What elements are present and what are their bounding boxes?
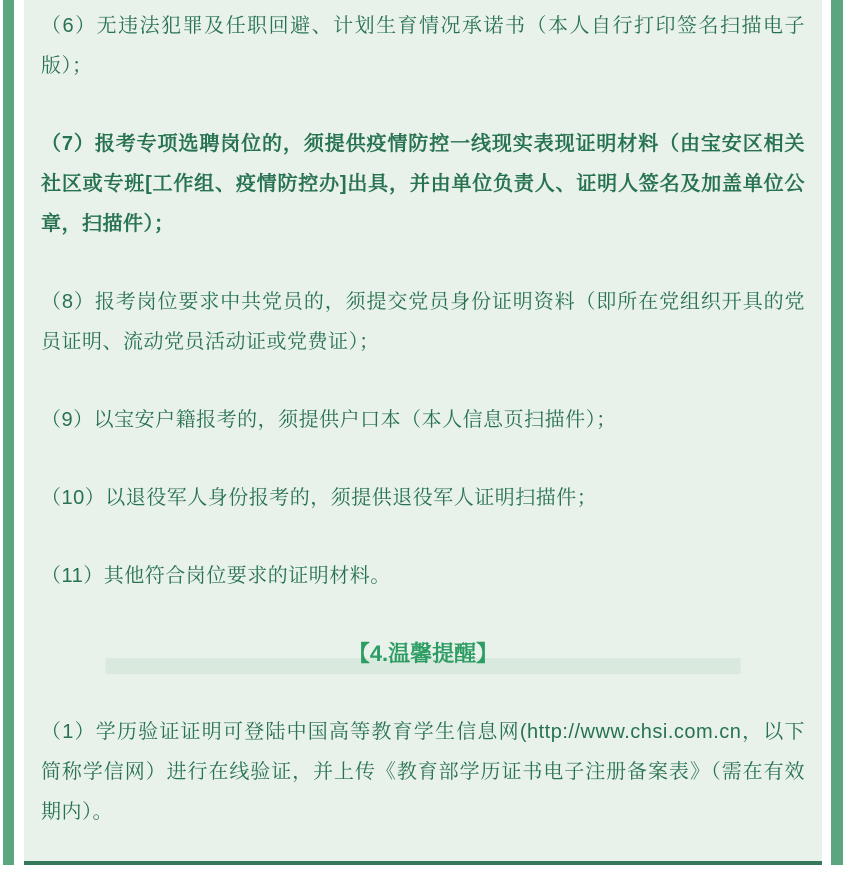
paragraph-item-6: （6）无违法犯罪及任职回避、计划生育情况承诺书（本人自行打印签名扫描电子版）；	[41, 6, 805, 86]
article-page: （6）无违法犯罪及任职回避、计划生育情况承诺书（本人自行打印签名扫描电子版）； …	[0, 0, 846, 869]
paragraph-item-11: （11）其他符合岗位要求的证明材料。	[41, 556, 805, 596]
paragraph-reminder-1: （1）学历验证证明可登陆中国高等教育学生信息网(http://www.chsi.…	[41, 712, 805, 832]
paragraph-item-8: （8）报考岗位要求中共党员的，须提交党员身份证明资料（即所在党组织开具的党员证明…	[41, 282, 805, 362]
left-edge-strip	[3, 0, 14, 865]
paragraph-item-9: （9）以宝安户籍报考的，须提供户口本（本人信息页扫描件）；	[41, 400, 805, 440]
right-edge-strip	[831, 0, 843, 865]
section-heading-text: 【4.温馨提醒】	[348, 641, 498, 666]
paragraph-item-7: （7）报考专项选聘岗位的，须提供疫情防控一线现实表现证明材料（由宝安区相关社区或…	[41, 124, 805, 244]
paragraph-item-10: （10）以退役军人身份报考的，须提供退役军人证明扫描件；	[41, 478, 805, 518]
article-content: （6）无违法犯罪及任职回避、计划生育情况承诺书（本人自行打印签名扫描电子版）； …	[24, 0, 822, 865]
section-heading-reminder: 【4.温馨提醒】	[41, 634, 805, 674]
